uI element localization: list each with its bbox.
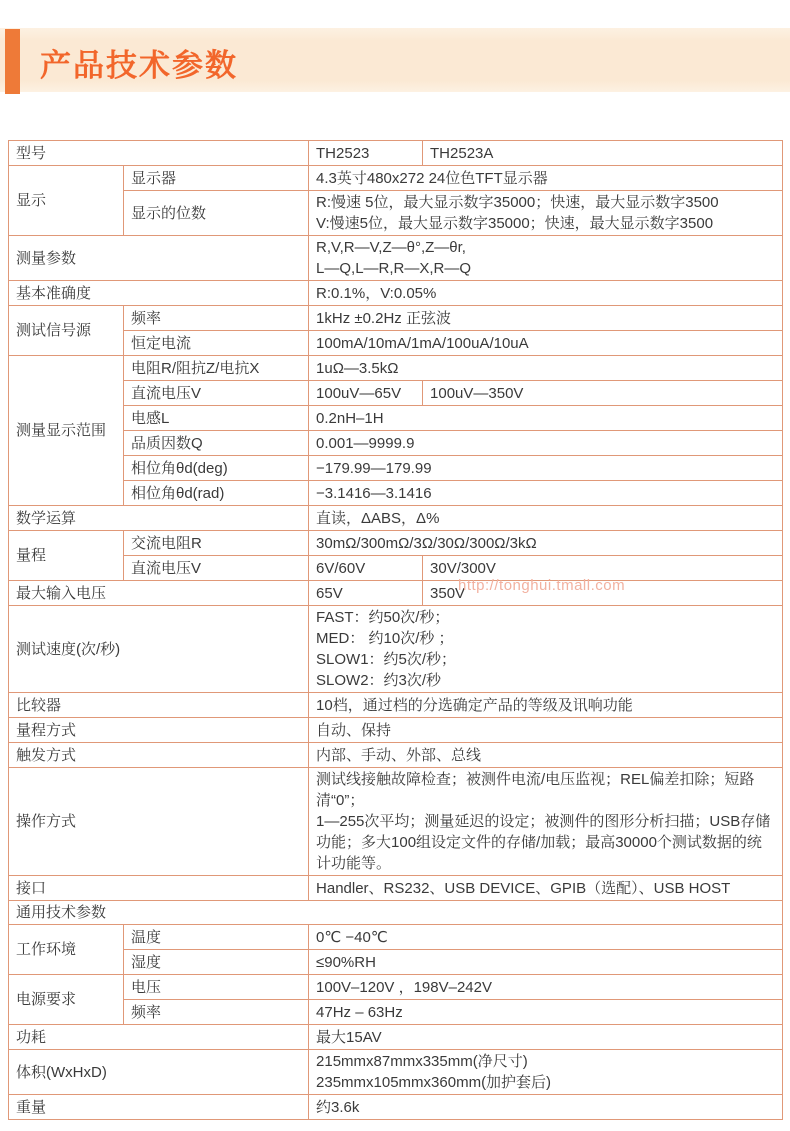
spec-row-range-phase-deg: 相位角θd(deg) −179.99—179.99 [9, 456, 783, 481]
label-text: 电源要求 [16, 991, 76, 1008]
spec-row-display-screen: 显示 显示器 4.3英寸480x272 24位色TFT显示器 [9, 166, 783, 191]
value-line: MED： 约10次/秒 ； [316, 628, 775, 649]
label-text: 数学运算 [16, 510, 76, 527]
value-text: ≤90%RH [316, 954, 376, 971]
group-label: 工作环境 [9, 925, 124, 975]
label-text: 电感L [131, 410, 169, 427]
row-label: 操作方式 [9, 768, 309, 876]
label-text: 相位角θd(rad) [131, 485, 224, 502]
label-text: 比较器 [16, 697, 61, 714]
value-text: 100uV—65V [316, 385, 401, 402]
value-text: 1kHz ±0.2Hz 正弦波 [316, 310, 451, 327]
row-label: 交流电阻R [124, 531, 309, 556]
row-label: 体积(WxHxD) [9, 1050, 309, 1095]
row-value: −179.99—179.99 [309, 456, 783, 481]
value-line: R:慢速 5位，最大显示数字35000；快速，最大显示数字3500 [316, 192, 775, 213]
row-value: 1uΩ—3.5kΩ [309, 356, 783, 381]
value-text: 0.001—9999.9 [316, 435, 414, 452]
row-value: 约3.6k [309, 1095, 783, 1120]
row-label: 直流电压V [124, 556, 309, 581]
spec-row-measure-params: 测量参数 R,V,R—V,Z—θ°,Z—θr, L—Q,L—R,R—X,R—Q [9, 236, 783, 281]
page-title: 产品技术参数 [40, 40, 238, 85]
spec-row-range-rzx: 测量显示范围 电阻R/阻抗Z/电抗X 1uΩ—3.5kΩ [9, 356, 783, 381]
spec-row-math: 数学运算 直读，ΔABS，Δ% [9, 506, 783, 531]
value-text: 65V [316, 585, 343, 602]
row-label: 测量参数 [9, 236, 309, 281]
value-text: 100V–120V ，198V–242V [316, 979, 492, 996]
label-text: 操作方式 [16, 813, 76, 830]
row-value: ≤90%RH [309, 950, 783, 975]
label-text: 型号 [16, 145, 46, 162]
spec-row-env-humidity: 湿度 ≤90%RH [9, 950, 783, 975]
label-text: 功耗 [16, 1029, 46, 1046]
label-text: 通用技术参数 [16, 904, 106, 921]
row-value: R:慢速 5位，最大显示数字35000；快速，最大显示数字3500 V:慢速5位… [309, 191, 783, 236]
row-label: 测试速度(次/秒) [9, 606, 309, 693]
value-text: Handler、RS232、USB DEVICE、GPIB（选配）、USB HO… [316, 880, 730, 897]
value-text: 1uΩ—3.5kΩ [316, 360, 398, 377]
row-value: 内部、手动、外部、总线 [309, 743, 783, 768]
row-label: 相位角θd(deg) [124, 456, 309, 481]
spec-row-range-acr: 量程 交流电阻R 30mΩ/300mΩ/3Ω/30Ω/300Ω/3kΩ [9, 531, 783, 556]
spec-row-signal-current: 恒定电流 100mA/10mA/1mA/100uA/10uA [9, 331, 783, 356]
row-value: 自动、保持 [309, 718, 783, 743]
label-text: 显示 [16, 192, 46, 209]
value-line: R,V,R—V,Z—θ°,Z—θr, [316, 237, 775, 258]
label-text: 温度 [131, 929, 161, 946]
spec-row-power-freq: 频率 47Hz – 63Hz [9, 1000, 783, 1025]
value-line: V:慢速5位，最大显示数字35000；快速，最大显示数字3500 [316, 213, 775, 234]
value-line: SLOW2：约3次/秒 [316, 670, 775, 691]
spec-row-max-input: 最大输入电压 65V 350V [9, 581, 783, 606]
row-value-th2523: 65V [309, 581, 423, 606]
value-text: TH2523A [430, 145, 493, 162]
label-text: 触发方式 [16, 747, 76, 764]
label-text: 最大输入电压 [16, 585, 106, 602]
row-value: 0.2nH–1H [309, 406, 783, 431]
group-label: 测试信号源 [9, 306, 124, 356]
row-label: 显示器 [124, 166, 309, 191]
label-text: 电压 [131, 979, 161, 996]
label-text: 测试信号源 [16, 322, 91, 339]
row-label: 电压 [124, 975, 309, 1000]
row-value: 0℃ −40℃ [309, 925, 783, 950]
value-text: 0.2nH–1H [316, 410, 384, 427]
spec-row-volume: 体积(WxHxD) 215mmx87mmx335mm(净尺寸) 235mmx10… [9, 1050, 783, 1095]
value-line: 1—255次平均；测量延迟的设定；被测件的图形分析扫描；USB存储功能；多大10… [316, 811, 775, 874]
row-value: R,V,R—V,Z—θ°,Z—θr, L—Q,L—R,R—X,R—Q [309, 236, 783, 281]
spec-row-power-voltage: 电源要求 电压 100V–120V ，198V–242V [9, 975, 783, 1000]
value-text: −179.99—179.99 [316, 460, 432, 477]
row-value: 30mΩ/300mΩ/3Ω/30Ω/300Ω/3kΩ [309, 531, 783, 556]
row-label: 品质因数Q [124, 431, 309, 456]
spec-row-model: 型号 TH2523 TH2523A [9, 141, 783, 166]
value-text: 自动、保持 [316, 722, 391, 739]
title-accent-bar [5, 29, 20, 94]
label-text: 显示器 [131, 170, 176, 187]
value-text: 10档，通过档的分选确定产品的等级及讯响功能 [316, 697, 633, 714]
watermark-text: http://tonghui.tmall.com [458, 577, 625, 594]
row-label: 型号 [9, 141, 309, 166]
row-value: Handler、RS232、USB DEVICE、GPIB（选配）、USB HO… [309, 876, 783, 901]
spec-row-range-q: 品质因数Q 0.001—9999.9 [9, 431, 783, 456]
value-text: 直读，ΔABS，Δ% [316, 510, 439, 527]
value-text: 最大15AV [316, 1029, 382, 1046]
row-value: FAST：约50次/秒； MED： 约10次/秒 ； SLOW1：约5次/秒； … [309, 606, 783, 693]
row-value-th2523a: 100uV—350V [423, 381, 783, 406]
row-label: 频率 [124, 1000, 309, 1025]
label-text: 直流电压V [131, 385, 201, 402]
row-label: 温度 [124, 925, 309, 950]
row-label: 数学运算 [9, 506, 309, 531]
section-header: 通用技术参数 [9, 901, 783, 925]
label-text: 量程方式 [16, 722, 76, 739]
spec-row-range-dcv: 直流电压V 100uV—65V 100uV—350V [9, 381, 783, 406]
value-text: 100mA/10mA/1mA/100uA/10uA [316, 335, 529, 352]
label-text: 电阻R/阻抗Z/电抗X [131, 360, 259, 377]
value-line: L—Q,L—R,R—X,R—Q [316, 258, 775, 279]
row-label: 触发方式 [9, 743, 309, 768]
value-line: 215mmx87mmx335mm(净尺寸) [316, 1051, 775, 1072]
row-value-th2523: 100uV—65V [309, 381, 423, 406]
row-value: 100V–120V ，198V–242V [309, 975, 783, 1000]
group-label: 量程 [9, 531, 124, 581]
spec-row-range-phase-rad: 相位角θd(rad) −3.1416—3.1416 [9, 481, 783, 506]
row-value: 0.001—9999.9 [309, 431, 783, 456]
row-label: 频率 [124, 306, 309, 331]
group-label: 测量显示范围 [9, 356, 124, 506]
row-value: 215mmx87mmx335mm(净尺寸) 235mmx105mmx360mm(… [309, 1050, 783, 1095]
value-line: 235mmx105mmx360mm(加护套后) [316, 1072, 775, 1093]
spec-row-trigger: 触发方式 内部、手动、外部、总线 [9, 743, 783, 768]
value-text: 47Hz – 63Hz [316, 1004, 403, 1021]
label-text: 频率 [131, 310, 161, 327]
group-label: 显示 [9, 166, 124, 236]
label-text: 品质因数Q [131, 435, 203, 452]
row-value: 1kHz ±0.2Hz 正弦波 [309, 306, 783, 331]
value-text: TH2523 [316, 145, 369, 162]
label-text: 工作环境 [16, 941, 76, 958]
row-value-th2523: TH2523 [309, 141, 423, 166]
row-label: 接口 [9, 876, 309, 901]
spec-row-general-header: 通用技术参数 [9, 901, 783, 925]
spec-row-comparator: 比较器 10档，通过档的分选确定产品的等级及讯响功能 [9, 693, 783, 718]
spec-row-accuracy: 基本准确度 R:0.1%，V:0.05% [9, 281, 783, 306]
row-value: 直读，ΔABS，Δ% [309, 506, 783, 531]
spec-row-signal-freq: 测试信号源 频率 1kHz ±0.2Hz 正弦波 [9, 306, 783, 331]
value-text: 约3.6k [316, 1099, 359, 1116]
spec-row-env-temp: 工作环境 温度 0℃ −40℃ [9, 925, 783, 950]
group-label: 电源要求 [9, 975, 124, 1025]
value-text: 30V/300V [430, 560, 496, 577]
value-text: 30mΩ/300mΩ/3Ω/30Ω/300Ω/3kΩ [316, 535, 537, 552]
value-text: 内部、手动、外部、总线 [316, 747, 481, 764]
row-label: 显示的位数 [124, 191, 309, 236]
row-label: 电阻R/阻抗Z/电抗X [124, 356, 309, 381]
row-value: 测试线接触故障检查；被测件电流/电压监视；REL偏差扣除；短路清“0”； 1—2… [309, 768, 783, 876]
spec-row-operation: 操作方式 测试线接触故障检查；被测件电流/电压监视；REL偏差扣除；短路清“0”… [9, 768, 783, 876]
row-label: 重量 [9, 1095, 309, 1120]
value-line: 测试线接触故障检查；被测件电流/电压监视；REL偏差扣除；短路清“0”； [316, 769, 775, 811]
value-text: 4.3英寸480x272 24位色TFT显示器 [316, 170, 548, 187]
row-label: 电感L [124, 406, 309, 431]
value-text: 0℃ −40℃ [316, 929, 388, 946]
row-label: 相位角θd(rad) [124, 481, 309, 506]
row-label: 最大输入电压 [9, 581, 309, 606]
row-label: 基本准确度 [9, 281, 309, 306]
label-text: 交流电阻R [131, 535, 202, 552]
spec-row-weight: 重量 约3.6k [9, 1095, 783, 1120]
row-value: 最大15AV [309, 1025, 783, 1050]
spec-table: 型号 TH2523 TH2523A 显示 显示器 4.3英寸480x272 24… [8, 140, 783, 1120]
row-label: 直流电压V [124, 381, 309, 406]
row-value-th2523: 6V/60V [309, 556, 423, 581]
row-value: −3.1416—3.1416 [309, 481, 783, 506]
label-text: 相位角θd(deg) [131, 460, 228, 477]
row-value: 4.3英寸480x272 24位色TFT显示器 [309, 166, 783, 191]
row-value: R:0.1%，V:0.05% [309, 281, 783, 306]
row-label: 湿度 [124, 950, 309, 975]
value-text: −3.1416—3.1416 [316, 485, 432, 502]
label-text: 湿度 [131, 954, 161, 971]
value-line: SLOW1：约5次/秒； [316, 649, 775, 670]
label-text: 测试速度(次/秒) [16, 641, 120, 658]
spec-row-range-mode: 量程方式 自动、保持 [9, 718, 783, 743]
label-text: 体积(WxHxD) [16, 1064, 107, 1081]
row-label: 恒定电流 [124, 331, 309, 356]
spec-row-interface: 接口 Handler、RS232、USB DEVICE、GPIB（选配）、USB… [9, 876, 783, 901]
row-label: 功耗 [9, 1025, 309, 1050]
spec-row-consumption: 功耗 最大15AV [9, 1025, 783, 1050]
label-text: 重量 [16, 1099, 46, 1116]
label-text: 量程 [16, 547, 46, 564]
label-text: 测量显示范围 [16, 422, 106, 439]
spec-row-range-inductance: 电感L 0.2nH–1H [9, 406, 783, 431]
label-text: 接口 [16, 880, 46, 897]
label-text: 基本准确度 [16, 285, 91, 302]
row-value: 100mA/10mA/1mA/100uA/10uA [309, 331, 783, 356]
label-text: 频率 [131, 1004, 161, 1021]
row-value: 47Hz – 63Hz [309, 1000, 783, 1025]
spec-row-speed: 测试速度(次/秒) FAST：约50次/秒； MED： 约10次/秒 ； SLO… [9, 606, 783, 693]
label-text: 测量参数 [16, 250, 76, 267]
spec-row-display-digits: 显示的位数 R:慢速 5位，最大显示数字35000；快速，最大显示数字3500 … [9, 191, 783, 236]
label-text: 恒定电流 [131, 335, 191, 352]
value-text: R:0.1%，V:0.05% [316, 285, 436, 302]
value-text: 6V/60V [316, 560, 365, 577]
row-label: 量程方式 [9, 718, 309, 743]
row-value: 10档，通过档的分选确定产品的等级及讯响功能 [309, 693, 783, 718]
value-line: FAST：约50次/秒； [316, 607, 775, 628]
row-label: 比较器 [9, 693, 309, 718]
spec-row-range-dcvolt: 直流电压V 6V/60V 30V/300V [9, 556, 783, 581]
label-text: 显示的位数 [131, 205, 206, 222]
value-text: 100uV—350V [430, 385, 523, 402]
label-text: 直流电压V [131, 560, 201, 577]
row-value-th2523a: TH2523A [423, 141, 783, 166]
